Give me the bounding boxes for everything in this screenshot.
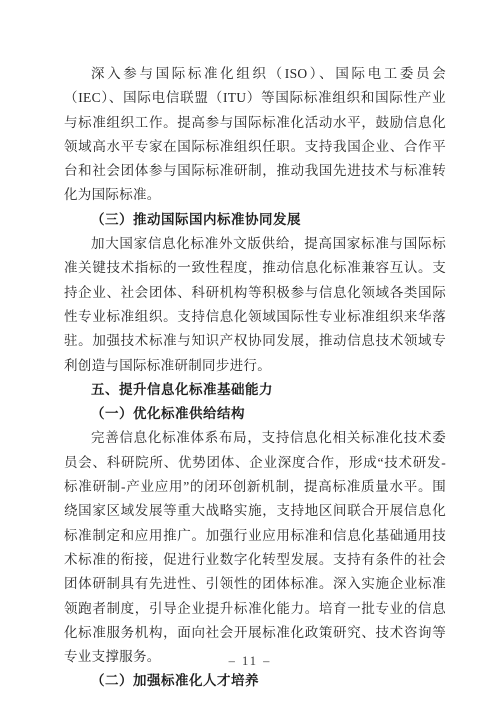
- document-page: 深入参与国际标准化组织（ISO）、国际电工委员会（IEC）、国际电信联盟（ITU…: [0, 0, 500, 707]
- heading-part-5-foundation-capability: 五、提升信息化标准基础能力: [64, 378, 446, 402]
- paragraph-supply-structure-details: 完善信息化标准体系布局，支持信息化相关标准化技术委员会、科研院所、优势团体、企业…: [64, 426, 446, 669]
- page-footer: – 11 –: [0, 654, 500, 669]
- heading-section-2-talent-cultivation: （二）加强标准化人才培养: [64, 669, 446, 693]
- heading-section-1-optimize-supply-structure: （一）优化标准供给结构: [64, 402, 446, 426]
- heading-section-3-international-domestic-coordination: （三）推动国际国内标准协同发展: [64, 208, 446, 232]
- paragraph-standards-coordination-details: 加大国家信息化标准外文版供给，提高国家标准与国际标准关键技术指标的一致性程度，推…: [64, 232, 446, 378]
- page-number: – 11 –: [229, 654, 272, 668]
- paragraph-international-standards-participation: 深入参与国际标准化组织（ISO）、国际电工委员会（IEC）、国际电信联盟（ITU…: [64, 62, 446, 208]
- document-body: 深入参与国际标准化组织（ISO）、国际电工委员会（IEC）、国际电信联盟（ITU…: [64, 62, 446, 694]
